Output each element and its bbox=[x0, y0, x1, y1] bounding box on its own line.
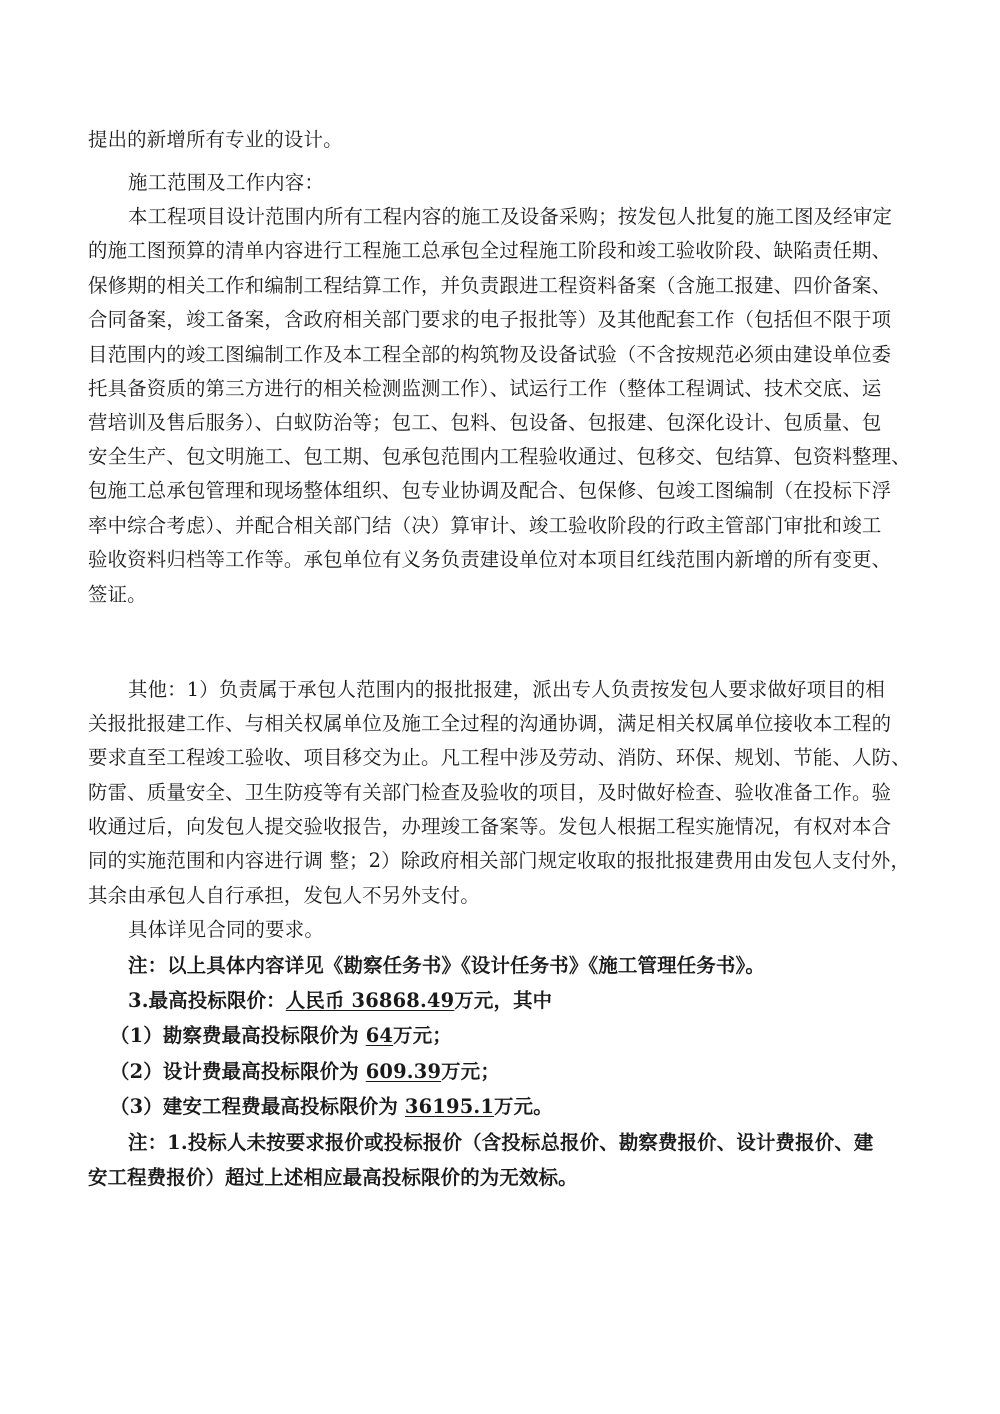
max-price-suffix: 万元，其中 bbox=[454, 989, 552, 1012]
max-price-label: 3.最高投标限价： bbox=[128, 989, 286, 1012]
paragraph-line: 安全生产、包文明施工、包工期、包承包范围内工程验收通过、包移交、包结算、包资料整… bbox=[88, 445, 918, 469]
paragraph-line: 营培训及售后服务）、白蚁防治等；包工、包料、包设备、包报建、包深化设计、包质量、… bbox=[88, 411, 918, 435]
note-task-books: 注：以上具体内容详见《勘察任务书》《设计任务书》《施工管理任务书》。 bbox=[128, 954, 918, 978]
paragraph-line: 包施工总承包管理和现场整体组织、包专业协调及配合、包保修、包竣工图编制（在投标下… bbox=[88, 479, 918, 503]
price-item-suffix: 万元； bbox=[393, 1024, 452, 1047]
price-item-value: 64 bbox=[366, 1024, 393, 1047]
paragraph-line: 合同备案，竣工备案，含政府相关部门要求的电子报批等）及其他配套工作（包括但不限于… bbox=[88, 308, 918, 332]
paragraph-line: 率中综合考虑）、并配合相关部门结（决）算审计、竣工验收阶段的行政主管部门审批和竣… bbox=[88, 514, 918, 538]
max-price-line: 3.最高投标限价：人民币 36868.49万元，其中 bbox=[128, 989, 918, 1013]
final-note-line: 安工程费报价）超过上述相应最高投标限价的为无效标。 bbox=[88, 1166, 918, 1190]
price-item-label: （2）设计费最高投标限价为 bbox=[110, 1060, 366, 1083]
paragraph-line: 其余由承包人自行承担，发包人不另外支付。 bbox=[88, 884, 918, 908]
paragraph-line: 防雷、质量安全、卫生防疫等有关部门检查及验收的项目，及时做好检查、验收准备工作。… bbox=[88, 781, 918, 805]
price-item-survey: （1）勘察费最高投标限价为 64万元； bbox=[110, 1024, 940, 1048]
paragraph-line: 关报批报建工作、与相关权属单位及施工全过程的沟通协调，满足相关权属单位接收本工程… bbox=[88, 712, 918, 736]
paragraph-line: 提出的新增所有专业的设计。 bbox=[88, 128, 918, 152]
price-item-construction: （3）建安工程费最高投标限价为 36195.1万元。 bbox=[110, 1095, 940, 1119]
price-item-suffix: 万元； bbox=[441, 1060, 500, 1083]
final-note-line: 注：1.投标人未按要求报价或投标报价（含投标总报价、勘察费报价、设计费报价、建 bbox=[128, 1131, 918, 1155]
paragraph-line: 的施工图预算的清单内容进行工程施工总承包全过程施工阶段和竣工验收阶段、缺陷责任期… bbox=[88, 239, 918, 263]
paragraph-line: 具体详见合同的要求。 bbox=[128, 918, 918, 942]
paragraph-line: 要求直至工程竣工验收、项目移交为止。凡工程中涉及劳动、消防、环保、规划、节能、人… bbox=[88, 746, 918, 770]
price-item-design: （2）设计费最高投标限价为 609.39万元； bbox=[110, 1060, 940, 1084]
paragraph-line: 签证。 bbox=[88, 583, 918, 607]
price-item-label: （3）建安工程费最高投标限价为 bbox=[110, 1095, 405, 1118]
paragraph-line: 目范围内的竣工图编制工作及本工程全部的构筑物及设备试验（不含按规范必须由建设单位… bbox=[88, 343, 918, 367]
section-heading: 施工范围及工作内容： bbox=[128, 171, 918, 195]
paragraph-line: 其他：1）负责属于承包人范围内的报批报建，派出专人负责按发包人要求做好项目的相 bbox=[128, 678, 918, 702]
max-price-value: 人民币 36868.49 bbox=[286, 989, 455, 1012]
paragraph-line: 托具备资质的第三方进行的相关检测监测工作）、试运行工作（整体工程调试、技术交底、… bbox=[88, 377, 918, 401]
price-item-value: 36195.1 bbox=[405, 1095, 494, 1118]
price-item-suffix: 万元。 bbox=[494, 1095, 553, 1118]
price-item-value: 609.39 bbox=[366, 1060, 441, 1083]
paragraph-line: 保修期的相关工作和编制工程结算工作，并负责跟进工程资料备案（含施工报建、四价备案… bbox=[88, 274, 918, 298]
paragraph-line: 收通过后，向发包人提交验收报告，办理竣工备案等。发包人根据工程实施情况，有权对本… bbox=[88, 815, 918, 839]
paragraph-line: 本工程项目设计范围内所有工程内容的施工及设备采购；按发包人批复的施工图及经审定 bbox=[128, 205, 918, 229]
price-item-label: （1）勘察费最高投标限价为 bbox=[110, 1024, 366, 1047]
document-page: 提出的新增所有专业的设计。 施工范围及工作内容： 本工程项目设计范围内所有工程内… bbox=[0, 0, 1000, 1414]
paragraph-line: 验收资料归档等工作等。承包单位有义务负责建设单位对本项目红线范围内新增的所有变更… bbox=[88, 548, 918, 572]
paragraph-line: 同的实施范围和内容进行调 整；2）除政府相关部门规定收取的报批报建费用由发包人支… bbox=[88, 849, 918, 873]
